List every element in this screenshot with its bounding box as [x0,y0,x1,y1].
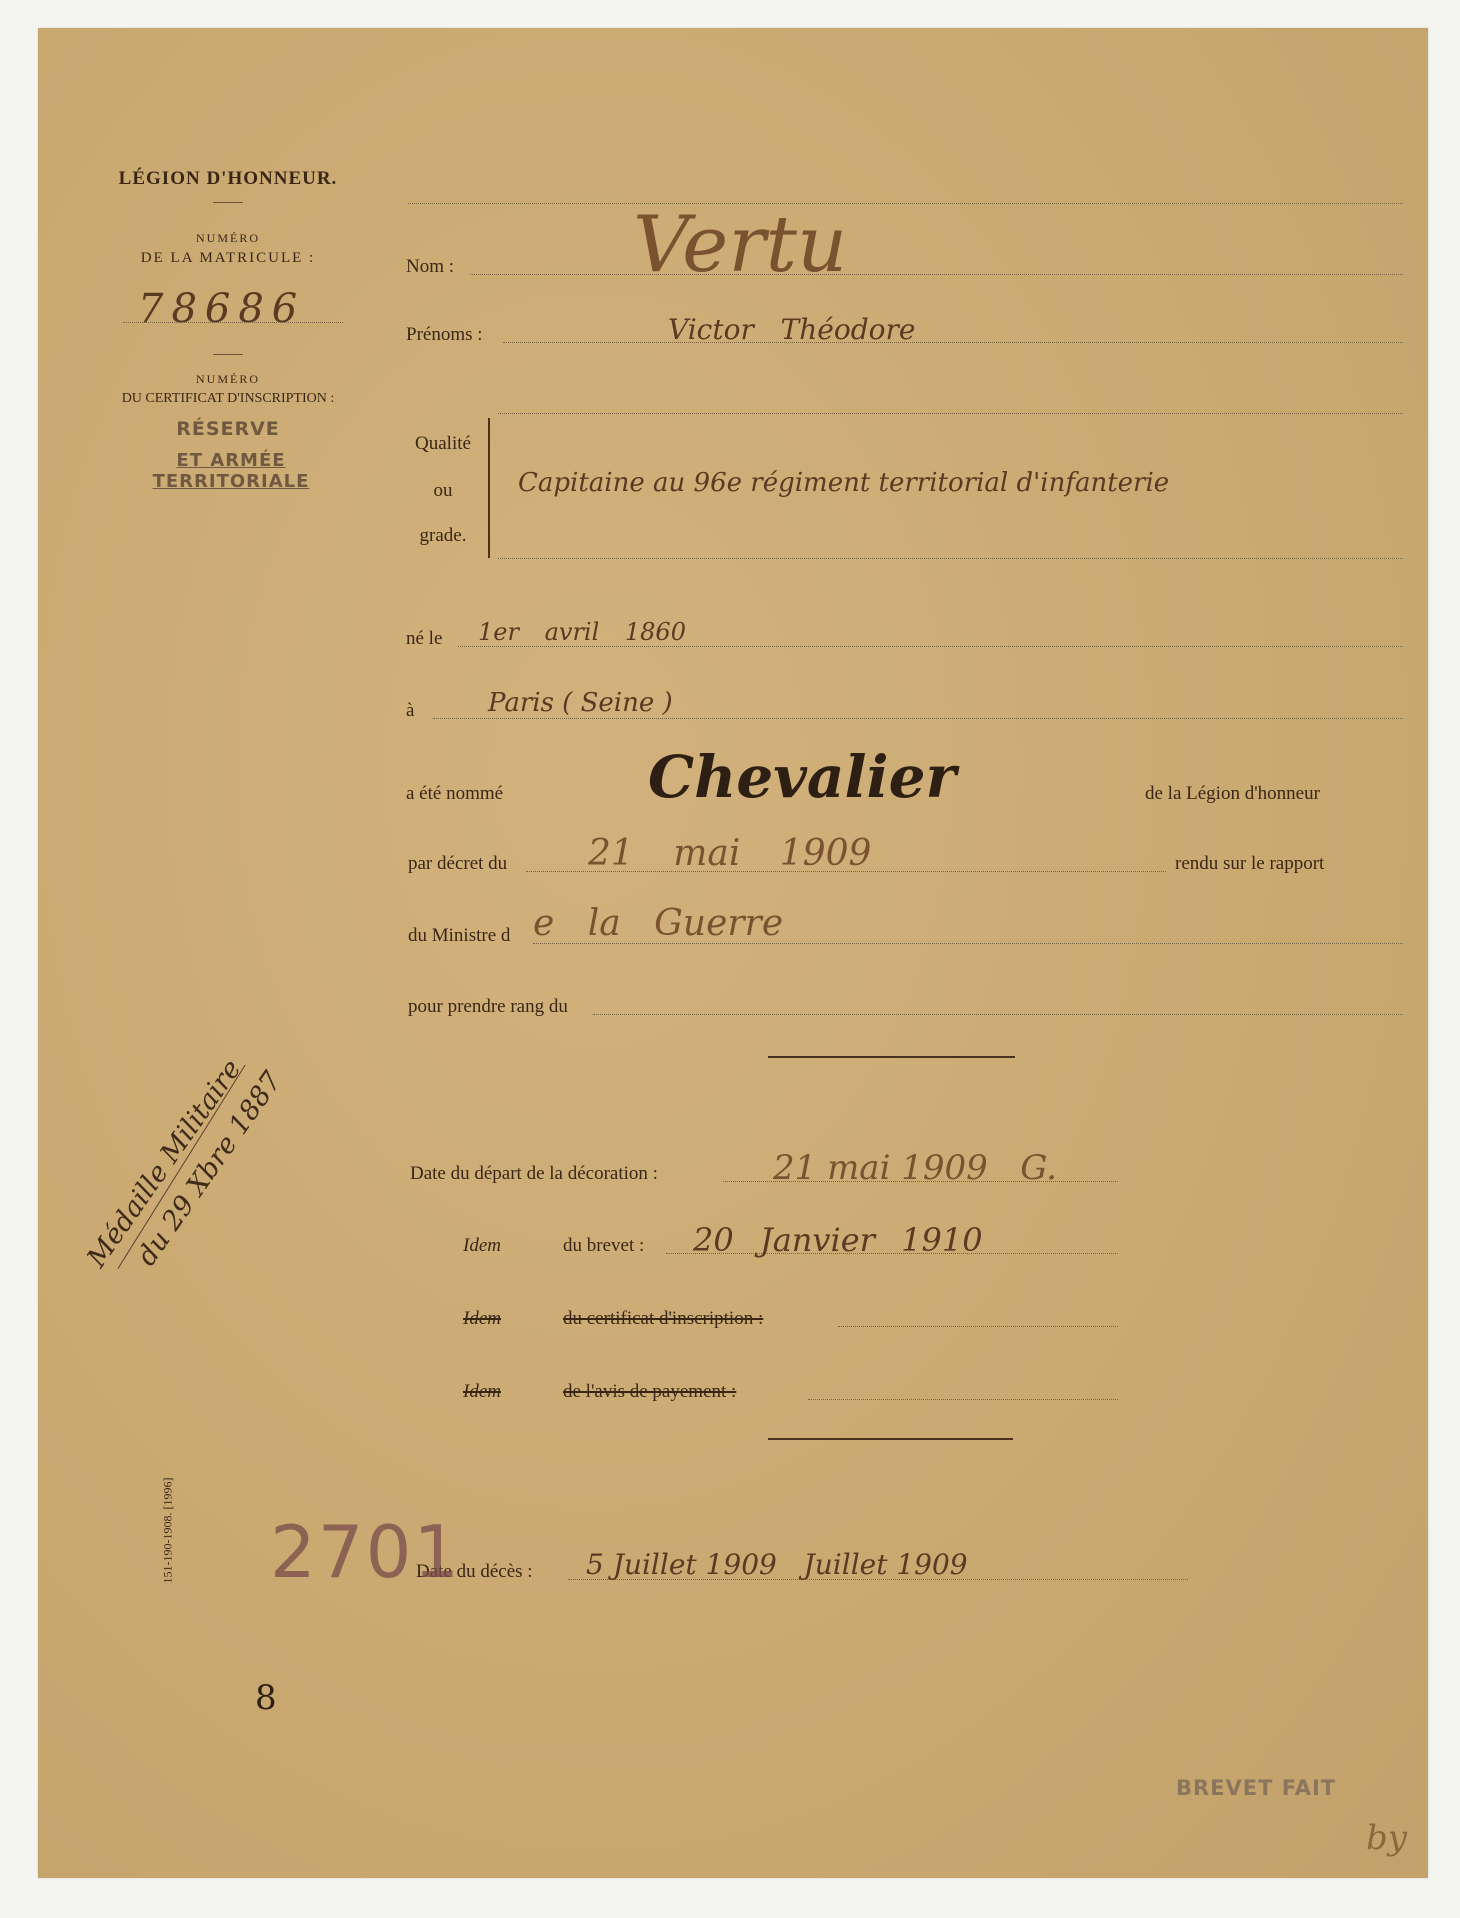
folio-number: 8 [255,1678,277,1718]
deces-value: 5 Juillet 1909 Juillet 1909 [586,1548,968,1581]
decret-value: 21 mai 1909 [588,833,871,874]
grade-title: Chevalier [648,743,956,811]
initials: by [1366,1818,1407,1858]
payement-line [808,1399,1118,1400]
document-page: LÉGION D'HONNEUR. NUMÉRO DE LA MATRICULE… [38,28,1428,1878]
payement-idem: Idem [463,1381,501,1403]
brevet-idem: Idem [463,1235,501,1257]
ministre-label: du Ministre d [408,925,510,947]
qualite-top-line [498,413,1403,414]
rang-line [593,1014,1403,1015]
nomme-label: a été nommé [406,783,503,805]
a-line [433,718,1403,719]
print-code: 151-190-1908. [1996] [161,1471,176,1591]
nom-line [470,274,1403,275]
qualite-label-3: grade. [403,525,483,547]
a-label: à [406,700,414,722]
qualite-label-2: ou [403,480,483,502]
qualite-label-1: Qualité [403,433,483,455]
stamp-number: 2701 [270,1510,461,1594]
prenoms-value: Victor Théodore [668,313,915,346]
matricule-value: 78686 [138,286,305,332]
matricule-label-2: DE LA MATRICULE : [98,250,358,267]
prenoms-label: Prénoms : [406,324,483,346]
certificat-label: du certificat d'inscription : [563,1308,763,1330]
section-divider [768,1438,1013,1440]
payement-label: de l'avis de payement : [563,1381,736,1403]
top-line [408,203,1403,204]
decret-label: par décret du [408,853,507,875]
qualite-value: Capitaine au 96e régiment territorial d'… [518,468,1169,498]
certificat-label-1: NUMÉRO [98,372,358,387]
territoriale-stamp: ET ARMÉE TERRITORIALE [96,450,366,492]
document-title: LÉGION D'HONNEUR. [98,168,358,190]
a-value: Paris ( Seine ) [488,688,673,718]
ne-le-value: 1er avril 1860 [478,618,686,646]
rang-label: pour prendre rang du [408,996,568,1018]
matricule-line [123,322,343,323]
certificat-label-2: DU CERTIFICAT D'INSCRIPTION : [98,391,358,407]
divider [213,354,243,355]
nom-value: Vertu [633,200,847,290]
reserve-stamp: RÉSERVE [98,418,358,440]
brevet-fait-stamp: BREVET FAIT [1176,1776,1336,1800]
certificat-line [838,1326,1118,1327]
certificat-idem: Idem [463,1308,501,1330]
rapport-label: rendu sur le rapport [1175,853,1324,875]
brevet-value: 20 Janvier 1910 [693,1221,983,1259]
matricule-label-1: NUMÉRO [98,231,358,246]
brevet-label: du brevet : [563,1235,644,1257]
qualite-bottom-line [498,558,1403,559]
nom-label: Nom : [406,256,454,278]
depart-label: Date du départ de la décoration : [410,1163,658,1185]
depart-value: 21 mai 1909 G. [773,1148,1057,1188]
legion-suffix: de la Légion d'honneur [1145,783,1320,805]
section-divider [768,1056,1015,1058]
brace [488,418,498,558]
ministre-value: e la Guerre [533,903,783,944]
divider [213,202,243,203]
prenoms-line [503,342,1403,343]
ne-le-line [458,646,1403,647]
ne-le-label: né le [406,628,442,650]
margin-note: Médaille Militaire du 29 Xbre 1887 [78,1007,316,1299]
